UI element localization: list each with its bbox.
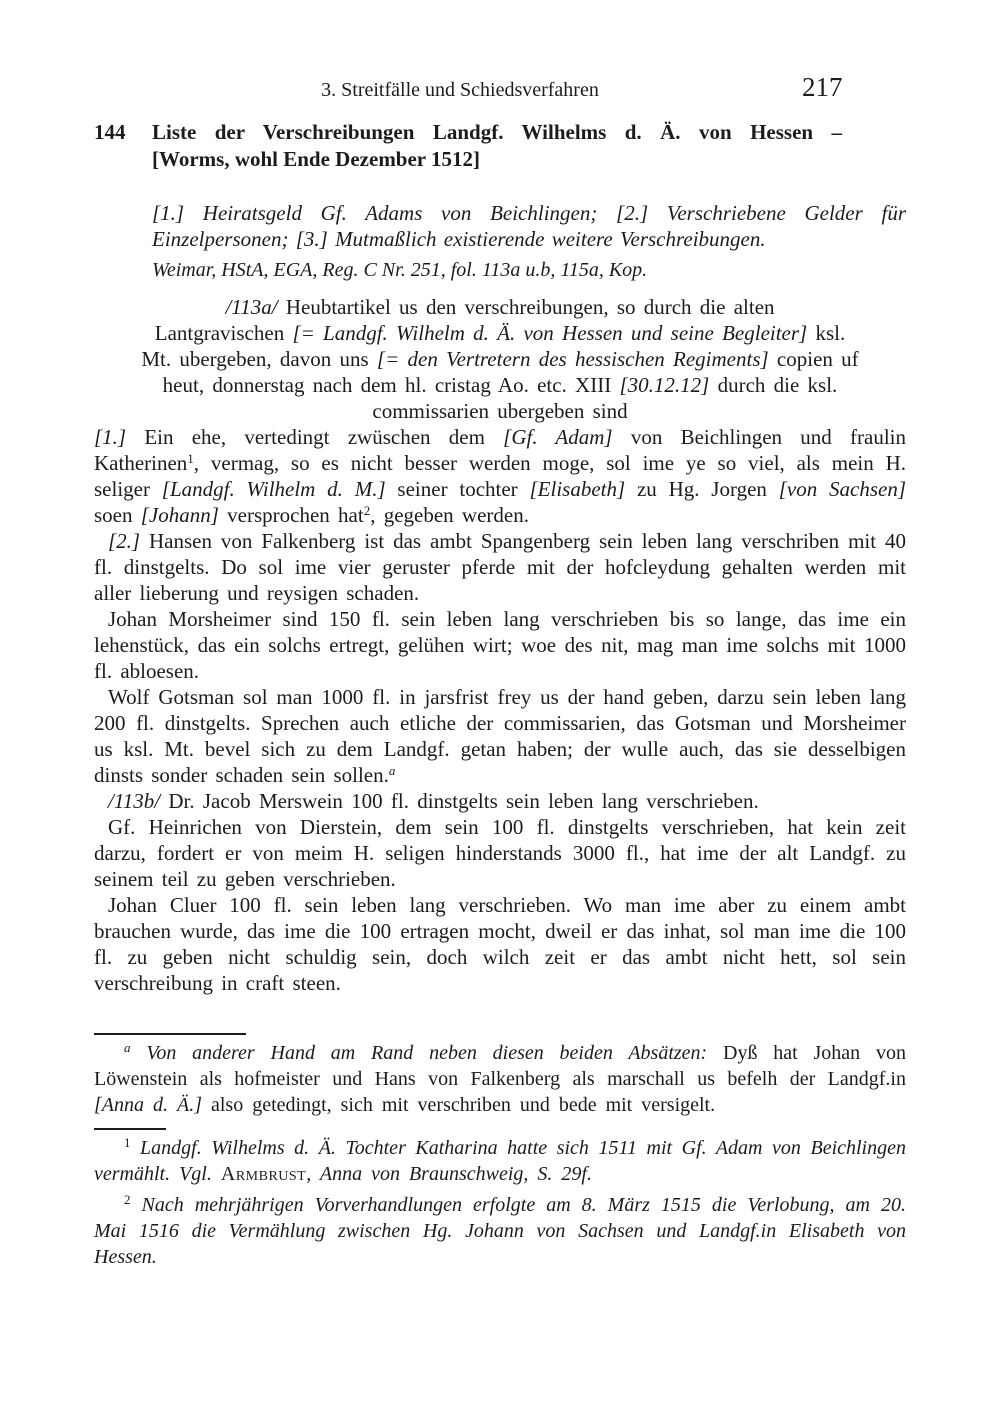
chapter-header: 3. Streitfälle und Schiedsverfahren [321, 79, 599, 101]
footnote-1: 1 Landgf. Wilhelms d. Ä. Tochter Kathari… [94, 1135, 906, 1187]
entry-summary: [1.] Heiratsgeld Gf. Adams von Beichling… [152, 200, 906, 252]
paragraph-merswein: /113b/ Dr. Jacob Merswein 100 fl. dinstg… [94, 788, 906, 814]
entry-heading: 144 Liste der Verschreibungen Landgf. Wi… [94, 119, 906, 173]
page-number: 217 [802, 72, 843, 102]
edition-text: /113a/ Heubtartikel us den verschreibung… [94, 294, 906, 996]
paragraph-marriage: [1.] Ein ehe, vertedingt zwüschen dem [G… [94, 424, 906, 528]
entry-number: 144 [94, 119, 152, 173]
paragraph-falkenberg: [2.] Hansen von Falkenberg ist das ambt … [94, 528, 906, 606]
paragraph-morsheimer: Johan Morsheimer sind 150 fl. sein leben… [94, 606, 906, 684]
entry-title-line2: [Worms, wohl Ende Dezember 1512] [152, 146, 842, 173]
archival-source: Weimar, HStA, EGA, Reg. C Nr. 251, fol. … [152, 258, 906, 282]
running-header: 3. Streitfälle und Schiedsverfahren [0, 78, 920, 102]
footnote-2: 2 Nach mehrjährigen Vorverhandlungen erf… [94, 1192, 906, 1270]
entry-title: Liste der Verschreibungen Landgf. Wilhel… [152, 119, 842, 173]
paragraph-dierstein: Gf. Heinrichen von Dierstein, dem sein 1… [94, 814, 906, 892]
paragraph-gotsman: Wolf Gotsman sol man 1000 fl. in jarsfri… [94, 684, 906, 788]
entry-title-line1: Liste der Verschreibungen Landgf. Wilhel… [152, 119, 842, 146]
paragraph-headnote: /113a/ Heubtartikel us den verschreibung… [94, 294, 906, 424]
footnote-separator-letters [94, 1033, 246, 1035]
paragraph-cluer: Johan Cluer 100 fl. sein leben lang vers… [94, 892, 906, 996]
footnote-a: a Von anderer Hand am Rand neben diesen … [94, 1040, 906, 1118]
text-column: 144 Liste der Verschreibungen Landgf. Wi… [94, 119, 906, 1270]
footnote-separator-numbers [94, 1128, 166, 1130]
book-page: 3. Streitfälle und Schiedsverfahren 217 … [0, 0, 1004, 1418]
